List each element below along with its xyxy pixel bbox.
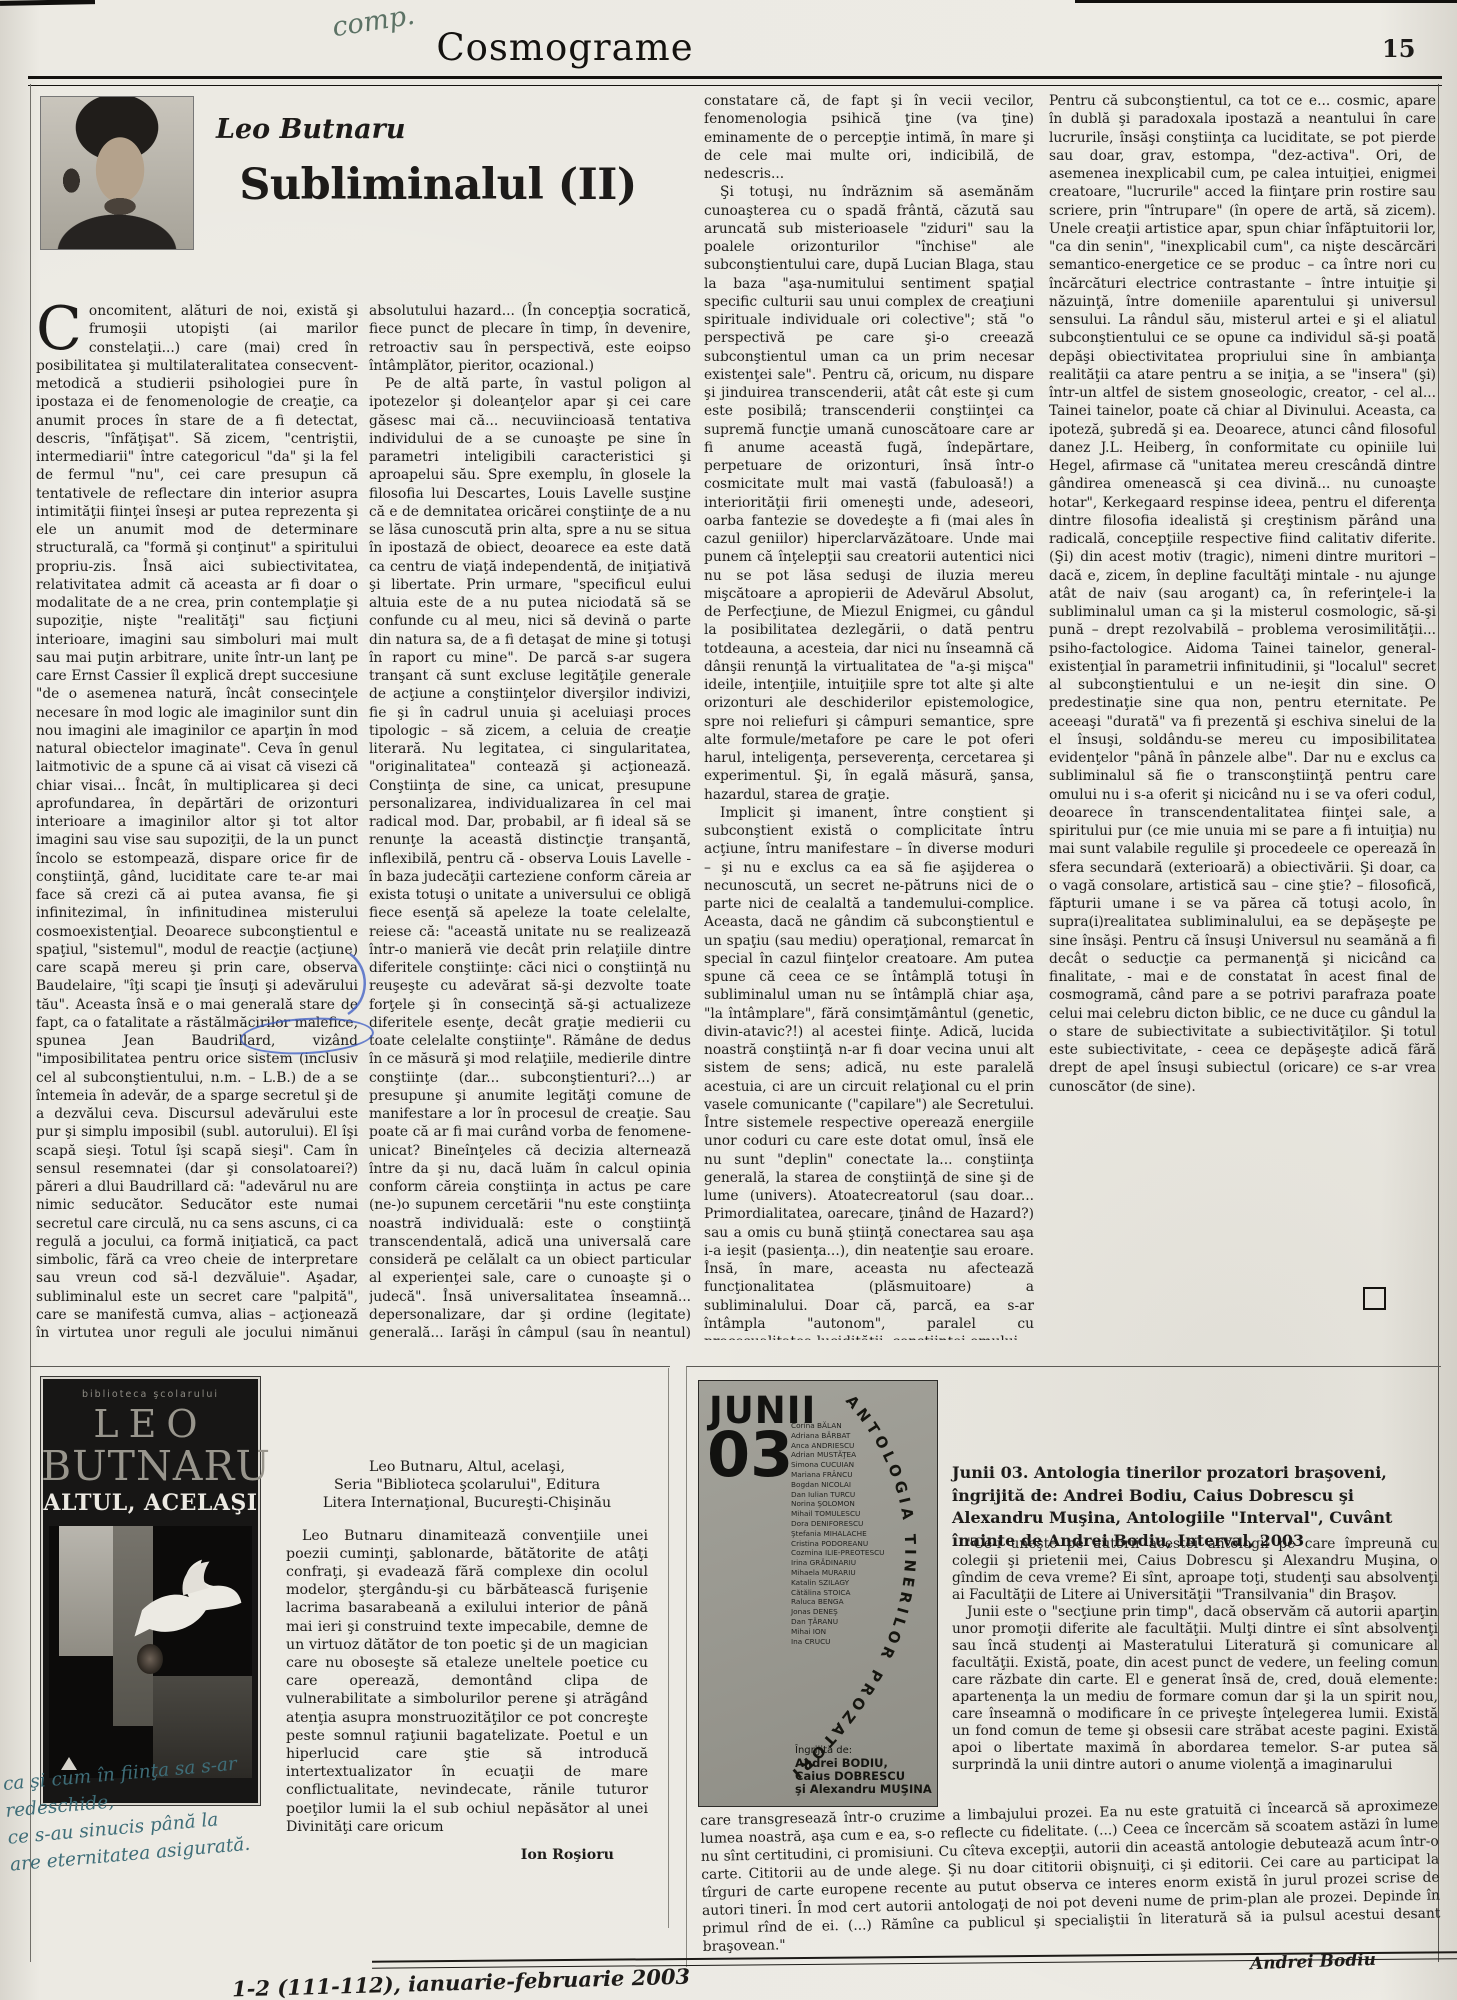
body-paragraph: Junii este o "secţiune prin timp", dacă … xyxy=(952,1604,1438,1774)
article-title: Subliminalul (II) xyxy=(198,160,678,210)
svg-text:ANTOLOGIA TINERILOR PROZATORI: ANTOLOGIA TINERILOR PROZATORI xyxy=(785,1392,919,1785)
masthead-title: Cosmograme xyxy=(400,26,730,69)
review-book-title: Leo Butnaru, Altul, acelaşi, xyxy=(286,1458,648,1476)
page-number: 15 xyxy=(1382,34,1415,63)
author-byline: Leo Butnaru xyxy=(216,114,405,145)
cover-arc-text: ANTOLOGIA TINERILOR PROZATORI xyxy=(699,1381,937,1806)
body-paragraph: Concomitent, alături de noi, există şi f… xyxy=(36,302,358,1344)
junii-review-wide: care transgresează într-o cruzime a limb… xyxy=(700,1797,1441,1956)
author-photo xyxy=(40,96,194,250)
cover-title: ALTUL, ACELAŞI xyxy=(41,1490,260,1516)
scan-edge-artifact xyxy=(0,0,95,6)
cover-artwork xyxy=(49,1526,252,1778)
cover-art-hand xyxy=(137,1644,163,1674)
review-book-publisher: Litera Internaţional, Bucureşti-Chişinău xyxy=(286,1494,648,1512)
cover-author-line2: BUTNARU xyxy=(41,1444,260,1488)
end-of-article-mark xyxy=(1363,1287,1386,1310)
book-cover-junii-03: JUNII 03 Corina BĂLAN Adriana BĂRBAT Anc… xyxy=(698,1380,938,1807)
article-column-3: constatare că, de fapt şi în vecii vecil… xyxy=(704,92,1034,1340)
pen-paren-annotation xyxy=(344,952,374,1016)
body-paragraph: absolutului hazard... (În concepţia socr… xyxy=(369,302,691,375)
footer-issue-info: 1-2 (111-112), ianuarie-februarie 2003 xyxy=(232,1964,691,2000)
dove-image xyxy=(127,1554,247,1644)
body-paragraph: Pentru că subconştientul, ca tot ce e...… xyxy=(1049,92,1436,1096)
body-paragraph: Implicit şi imanent, între conştient şi … xyxy=(704,804,1034,1340)
cover-editor: şi Alexandru MUŞINA xyxy=(795,1783,932,1796)
cover-author-line1: LEO xyxy=(41,1404,260,1444)
cover-editors: Îngrijită de: Andrei BODIU, Caius DOBRES… xyxy=(795,1744,932,1796)
review-book-series: Seria "Biblioteca şcolarului", Editura xyxy=(286,1476,648,1494)
body-paragraph: constatare că, de fapt şi în vecii vecil… xyxy=(704,92,1034,183)
body-paragraph: "Ce-i uneşte pe autorii acestei antologi… xyxy=(952,1536,1438,1604)
newspaper-page: comp. Cosmograme 15 Leo Butnaru Sublimin… xyxy=(0,0,1457,2000)
body-paragraph: Şi totuşi, nu îndrăznim să asemănăm cuno… xyxy=(704,183,1034,804)
body-paragraph: Pe de altă parte, în vastul poligon al i… xyxy=(369,375,691,1344)
page-frame-left xyxy=(30,84,31,1962)
junii-review-column: "Ce-i uneşte pe autorii acestei antologi… xyxy=(952,1536,1438,1808)
section-divider xyxy=(668,1368,669,1928)
article-column-1: Concomitent, alături de noi, există şi f… xyxy=(36,302,358,1344)
book-cover-altul-acelasi: biblioteca şcolarului LEO BUTNARU ALTUL,… xyxy=(40,1376,261,1806)
section-separator xyxy=(30,1366,670,1367)
article-column-4: Pentru că subconştientul, ca tot ce e...… xyxy=(1049,92,1436,1284)
header-rule xyxy=(28,76,1442,86)
series-label: biblioteca şcolarului xyxy=(41,1389,260,1400)
cover-art-panel xyxy=(59,1526,113,1656)
article-column-2: absolutului hazard... (În concepţia socr… xyxy=(369,302,691,1344)
scan-edge-artifact xyxy=(1075,0,1457,3)
drop-cap: C xyxy=(36,302,89,353)
